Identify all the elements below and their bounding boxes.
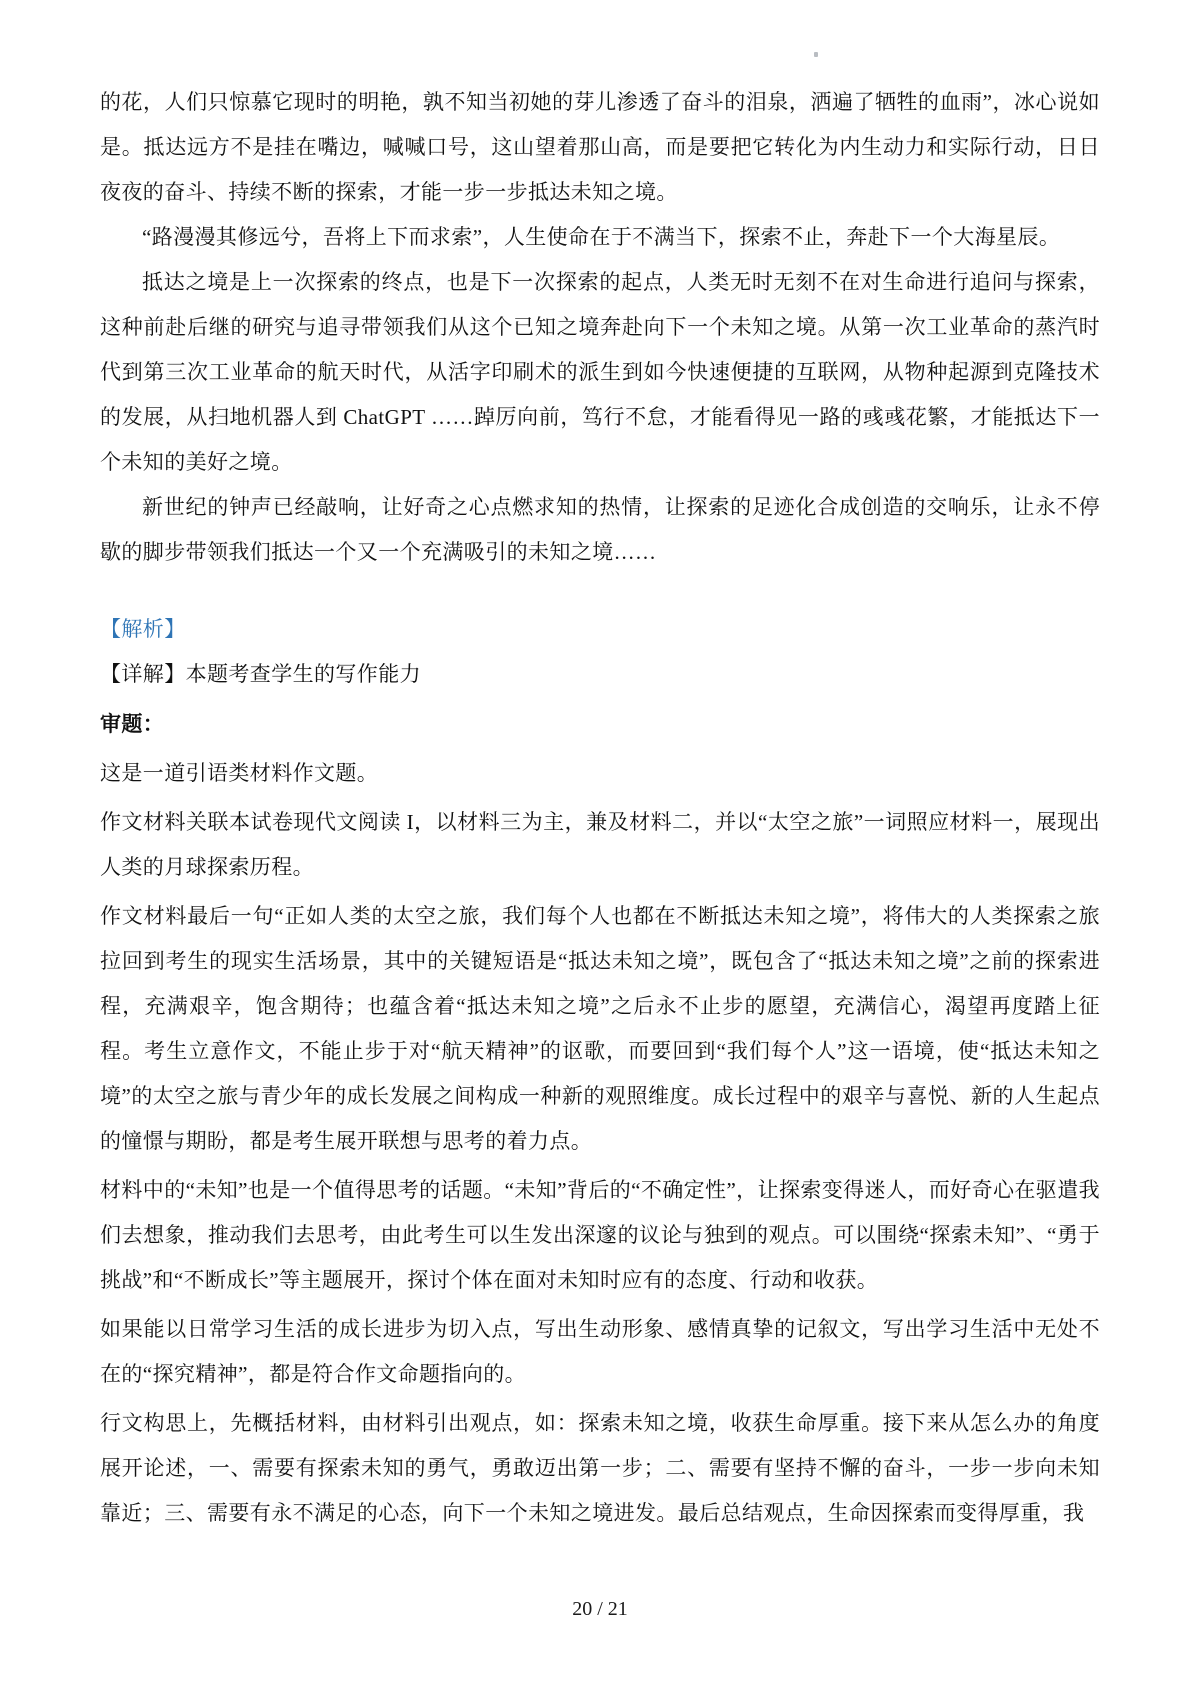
analysis-paragraph: 这是一道引语类材料作文题。 (100, 751, 1100, 796)
analysis-paragraph: 作文材料最后一句“正如人类的太空之旅，我们每个人也都在不断抵达未知之境”，将伟大… (100, 894, 1100, 1164)
essay-paragraph: 新世纪的钟声已经敲响，让好奇之心点燃求知的热情，让探索的足迹化合成创造的交响乐，… (100, 485, 1100, 575)
analysis-section: 【解析】 【详解】本题考查学生的写作能力 审题： 这是一道引语类材料作文题。 作… (100, 607, 1100, 1536)
analysis-paragraph: 如果能以日常学习生活的成长进步为切入点，写出生动形象、感情真挚的记叙文，写出学习… (100, 1307, 1100, 1397)
analysis-section-label: 【解析】 (100, 607, 1100, 652)
detail-line: 【详解】本题考查学生的写作能力 (100, 652, 1100, 697)
review-heading: 审题： (100, 701, 1100, 748)
page-number: 20 / 21 (572, 1598, 628, 1620)
detail-text: 本题考查学生的写作能力 (186, 662, 421, 686)
detail-label: 【详解】 (100, 662, 186, 686)
essay-paragraph: 抵达之境是上一次探索的终点，也是下一次探索的起点，人类无时无刻不在对生命进行追问… (100, 260, 1100, 485)
essay-paragraph: 的花，人们只惊慕它现时的明艳，孰不知当初她的芽儿渗透了奋斗的泪泉，洒遍了牺牲的血… (100, 80, 1100, 215)
analysis-paragraph: 作文材料关联本试卷现代文阅读 I，以材料三为主，兼及材料二，并以“太空之旅”一词… (100, 800, 1100, 890)
page-footer: 20 / 21 (0, 1598, 1200, 1621)
document-page-content: 的花，人们只惊慕它现时的明艳，孰不知当初她的芽儿渗透了奋斗的泪泉，洒遍了牺牲的血… (100, 80, 1100, 1540)
essay-paragraph: “路漫漫其修远兮，吾将上下而求索”，人生使命在于不满当下，探索不止，奔赴下一个大… (100, 215, 1100, 260)
essay-section: 的花，人们只惊慕它现时的明艳，孰不知当初她的芽儿渗透了奋斗的泪泉，洒遍了牺牲的血… (100, 80, 1100, 575)
stray-mark (814, 52, 818, 57)
analysis-paragraph: 材料中的“未知”也是一个值得思考的话题。“未知”背后的“不确定性”，让探索变得迷… (100, 1168, 1100, 1303)
analysis-paragraph: 行文构思上，先概括材料，由材料引出观点，如：探索未知之境，收获生命厚重。接下来从… (100, 1401, 1100, 1536)
